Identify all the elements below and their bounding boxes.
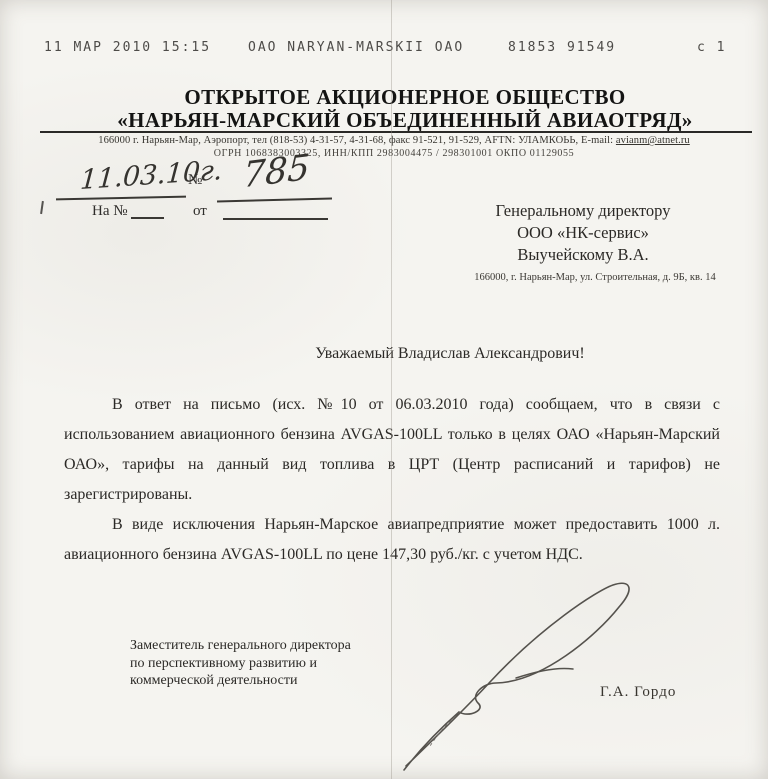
reply-number-blank (131, 217, 164, 219)
number-sign: № (188, 172, 202, 189)
letter-body: В ответ на письмо (исх. №10 от 06.03.201… (64, 390, 720, 570)
recipient-address: 166000, г. Нарьян-Мар, ул. Строительная,… (440, 272, 750, 283)
body-paragraph-1: В ответ на письмо (исх. №10 от 06.03.201… (64, 390, 720, 510)
date-underline (56, 196, 186, 201)
org-name-line: «НАРЬЯН-МАРСКИЙ ОБЪЕДИНЕННЫЙ АВИАОТРЯД» (55, 109, 755, 132)
reply-from-label: от (193, 203, 207, 220)
handwritten-signature-icon (390, 552, 690, 776)
contact-line: 166000 г. Нарьян-Мар, Аэропорт, тел (818… (98, 135, 613, 146)
reply-date-blank (223, 218, 328, 220)
recipient-position: Генеральному директору (458, 200, 708, 222)
email-text: avianm@atnet.ru (616, 135, 690, 146)
salutation: Уважаемый Владислав Александрович! (270, 345, 630, 363)
fax-sender-id: ОАО NARYAN-MARSKII ОАО (248, 40, 464, 55)
reply-to-label: На № (92, 203, 128, 220)
number-underline (217, 197, 332, 202)
recipient-name: Выучейскому В.А. (458, 244, 708, 266)
fax-datetime: 11 МАР 2010 15:15 (44, 40, 211, 55)
letterhead-rule (40, 131, 752, 133)
fax-number: 81853 91549 (508, 40, 616, 55)
paper-fold-line (391, 0, 392, 779)
recipient-company: ООО «НК-сервис» (458, 222, 708, 244)
letterhead-contacts: 166000 г. Нарьян-Мар, Аэропорт, тел (818… (34, 135, 754, 146)
letterhead-registration: ОГРН 1068383003325, ИНН/КПП 2983004475 /… (34, 148, 754, 159)
org-type-line: ОТКРЫТОЕ АКЦИОНЕРНОЕ ОБЩЕСТВО (55, 86, 755, 109)
handwritten-outgoing-number: 785 (242, 148, 310, 197)
letterhead: ОТКРЫТОЕ АКЦИОНЕРНОЕ ОБЩЕСТВО «НАРЬЯН-МА… (55, 86, 755, 132)
scanned-letter-page: 11 МАР 2010 15:15 ОАО NARYAN-MARSKII ОАО… (0, 0, 768, 779)
ink-smudge (40, 201, 44, 214)
fax-page-count: с 1 (697, 40, 726, 55)
recipient-block: Генеральному директору ООО «НК-сервис» В… (458, 200, 708, 266)
